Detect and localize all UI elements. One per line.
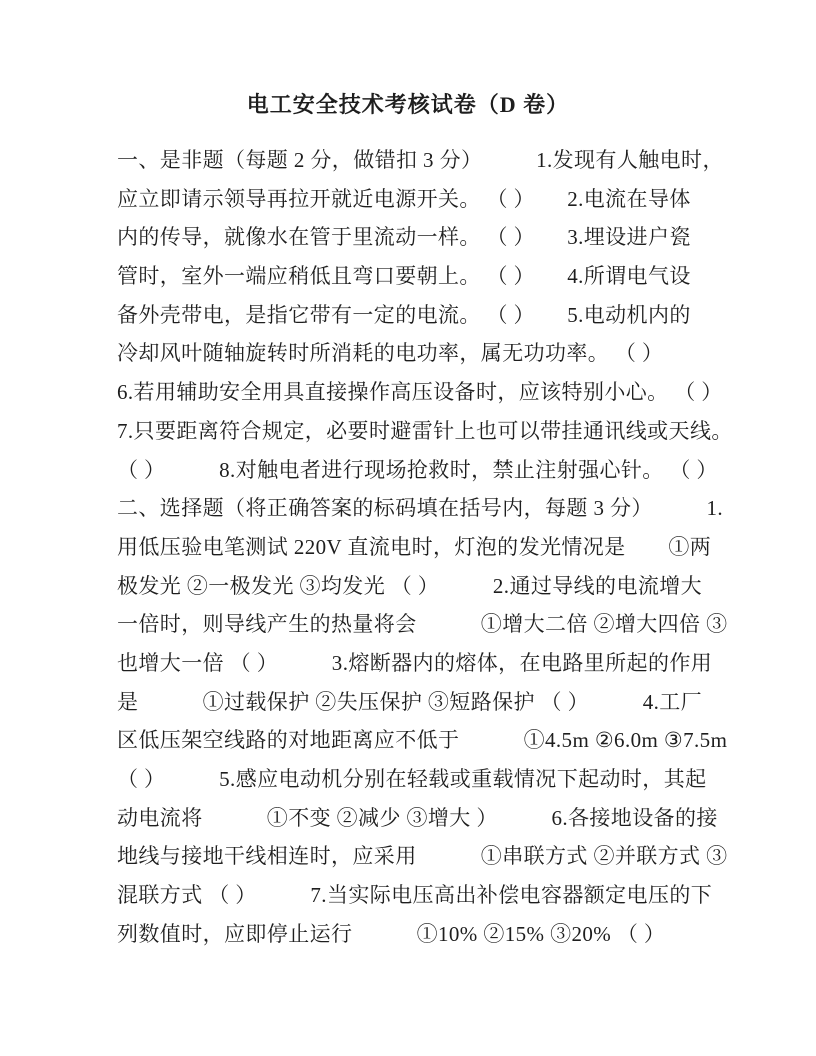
document-line: 极发光 ②一极发光 ③均发光 （ ） 2.通过导线的电流增大	[117, 567, 723, 606]
document-line: 列数值时，应即停止运行 ①10% ②15% ③20% （ ）	[117, 915, 723, 954]
document-line: 应立即请示领导再拉开就近电源开关。 （ ） 2.电流在导体	[117, 180, 723, 219]
document-body: 一、是非题（每题 2 分，做错扣 3 分） 1.发现有人触电时， 应立即请示领导…	[117, 141, 723, 953]
document-line: 管时，室外一端应稍低且弯口要朝上。 （ ） 4.所谓电气设	[117, 257, 723, 296]
document-line: 内的传导，就像水在管于里流动一样。 （ ） 3.埋设进户瓷	[117, 218, 723, 257]
document-line: 冷却风叶随轴旋转时所消耗的电功率，属无功功率。 （ ）	[117, 334, 723, 373]
document-line: 也增大一倍 （ ） 3.熔断器内的熔体，在电路里所起的作用	[117, 644, 723, 683]
document-line: 动电流将 ①不变 ②减少 ③增大 ） 6.各接地设备的接	[117, 799, 723, 838]
document-line: 用低压验电笔测试 220V 直流电时，灯泡的发光情况是 ①两	[117, 528, 723, 567]
document-line: 6.若用辅助安全用具直接操作高压设备时，应该特别小心。 （ ）	[117, 373, 723, 412]
document-line: 一倍时，则导线产生的热量将会 ①增大二倍 ②增大四倍 ③	[117, 605, 723, 644]
document-line: 二、选择题（将正确答案的标码填在括号内，每题 3 分） 1.	[117, 489, 723, 528]
document-line: 混联方式 （ ） 7.当实际电压高出补偿电容器额定电压的下	[117, 876, 723, 915]
document-line: 是 ①过载保护 ②失压保护 ③短路保护 （ ） 4.工厂	[117, 683, 723, 722]
document-title: 电工安全技术考核试卷（D 卷）	[0, 88, 816, 119]
document-line: 7.只要距离符合规定，必要时避雷针上也可以带挂通讯线或天线。	[117, 412, 723, 451]
document-line: （ ） 5.感应电动机分别在轻载或重载情况下起动时，其起	[117, 760, 723, 799]
exam-document-page: 电工安全技术考核试卷（D 卷） 一、是非题（每题 2 分，做错扣 3 分） 1.…	[0, 0, 816, 1056]
document-line: 备外壳带电，是指它带有一定的电流。 （ ） 5.电动机内的	[117, 296, 723, 335]
document-line: （ ） 8.对触电者进行现场抢救时，禁止注射强心针。 （ ）	[117, 451, 723, 490]
document-line: 地线与接地干线相连时，应采用 ①串联方式 ②并联方式 ③	[117, 837, 723, 876]
document-line: 一、是非题（每题 2 分，做错扣 3 分） 1.发现有人触电时，	[117, 141, 723, 180]
document-line: 区低压架空线路的对地距离应不低于 ①4.5m ②6.0m ③7.5m	[117, 721, 723, 760]
